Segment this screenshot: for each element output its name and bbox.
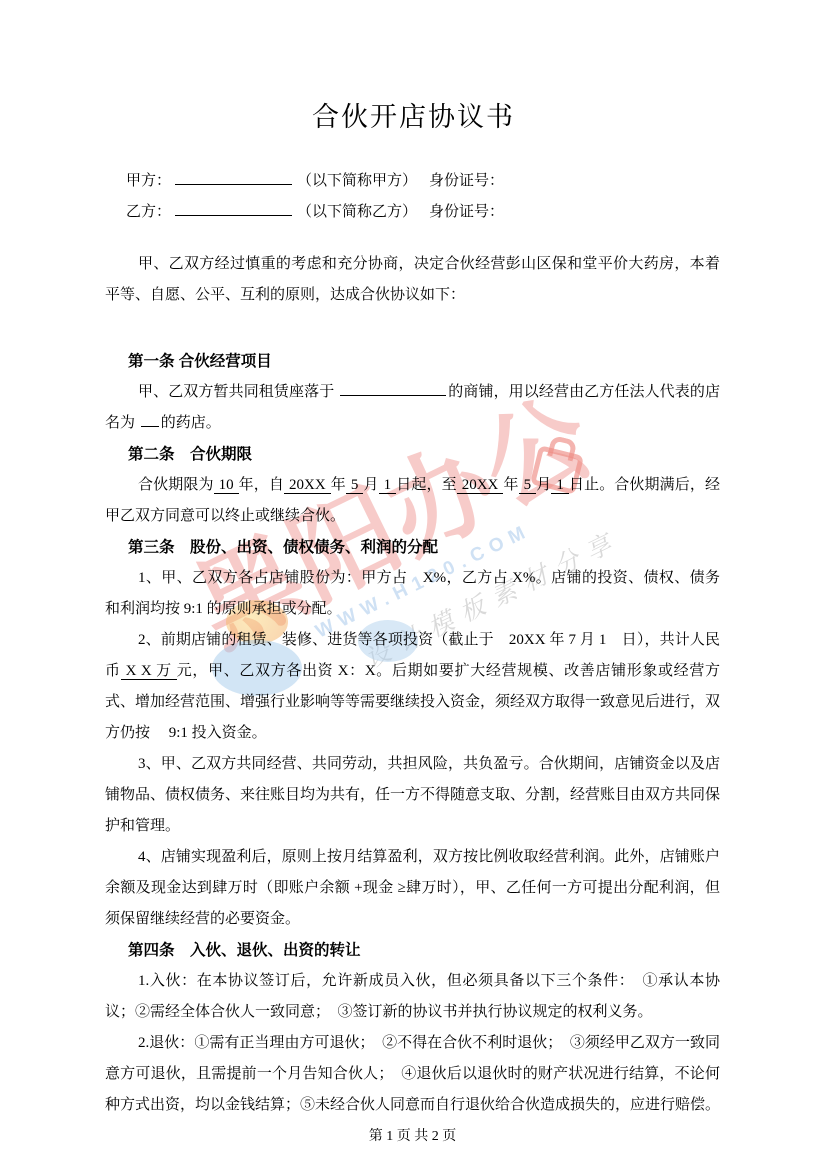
party-b-label: 乙方：: [126, 204, 171, 220]
text-run: 年，自: [239, 477, 284, 493]
party-a-label: 甲方：: [126, 173, 171, 189]
term-years-value: 10: [214, 477, 239, 494]
party-b-row: 乙方：（以下简称乙方）身份证号：: [126, 197, 827, 228]
shop-location-blank: [340, 380, 446, 396]
section-3-item-2: 2、前期店铺的租赁、装修、进货等各项投资（截止于 20XX 年 7 月 1 日）…: [105, 625, 720, 749]
page-number: 第 1 页 共 2 页: [105, 1121, 720, 1152]
end-month-value: 5: [519, 477, 537, 494]
section-3-item-1: 1、甲、乙双方各占店铺股份为：甲方占 X%，乙方占 X%。店铺的投资、债权、债务…: [105, 563, 720, 625]
party-a-name-blank: [175, 169, 292, 185]
section-3-heading: 第三条 股份、出资、债权债务、利润的分配: [105, 532, 720, 563]
text-run: 合伙期限为: [138, 477, 214, 493]
end-day-value: 1: [551, 477, 569, 494]
party-a-row: 甲方：（以下简称甲方）身份证号：: [126, 166, 827, 197]
document-title: 合伙开店协议书: [0, 95, 827, 134]
text-run: 的药店。: [161, 415, 221, 431]
section-2-body: 合伙期限为10年，自20XX年5月1日起，至20XX年5月1日止。合伙期满后，经…: [105, 470, 720, 532]
text-run: 月: [536, 477, 551, 493]
start-year-value: 20XX: [284, 477, 331, 494]
section-4-item-2: 2.退伙：①需有正当理由方可退伙； ②不得在合伙不利时退伙； ③须经甲乙双方一致…: [105, 1028, 720, 1121]
section-2-heading: 第二条 合伙期限: [105, 439, 720, 470]
party-b-id-label: 身份证号：: [429, 204, 504, 220]
start-month-value: 5: [346, 477, 364, 494]
text-run: 年: [331, 477, 346, 493]
section-4-heading: 第四条 入伙、退伙、出资的转让: [105, 935, 720, 966]
section-1-body: 甲、乙双方暂共同租赁座落于 的商铺，用以经营由乙方任法人代表的店名为 的药店。: [105, 377, 720, 439]
preamble-paragraph: 甲、乙双方经过慎重的考虑和充分协商，决定合伙经营彭山区保和堂平价大药房，本着平等…: [105, 249, 720, 311]
party-b-alias: （以下简称乙方）: [297, 204, 417, 220]
section-4-item-1: 1.入伙：在本协议签订后，允许新成员入伙，但必须具备以下三个条件： ①承认本协议…: [105, 966, 720, 1028]
section-1-heading: 第一条 合伙经营项目: [105, 346, 720, 377]
text-run: 月: [363, 477, 378, 493]
document-content: 合伙开店协议书 甲方：（以下简称甲方）身份证号： 乙方：（以下简称乙方）身份证号…: [0, 0, 827, 1169]
start-day-value: 1: [379, 477, 397, 494]
party-b-name-blank: [175, 200, 292, 216]
party-a-id-label: 身份证号：: [429, 173, 504, 189]
text-run: 元，甲、乙双方各出资 X：X。后期如要扩大经营规模、改善店铺形象或经营方式、增加…: [105, 663, 720, 741]
section-3-item-4: 4、店铺实现盈利后，原则上按月结算盈利，双方按比例收取经营利润。此外，店铺账户余…: [105, 842, 720, 935]
end-year-value: 20XX: [457, 477, 504, 494]
section-3-item-3: 3、甲、乙双方共同经营、共同劳动，共担风险，共负盈亏。合伙期间，店铺资金以及店铺…: [105, 749, 720, 842]
text-run: 日起，至: [396, 477, 457, 493]
text-run: 甲、乙双方暂共同租赁座落于: [138, 384, 334, 400]
store-name-blank: [141, 411, 159, 427]
party-a-alias: （以下简称甲方）: [297, 173, 417, 189]
document-page: 黑阳办公 WWW.H120.COM 设计模板素材分享 合伙开店协议书 甲方：（以…: [0, 0, 827, 1169]
text-run: 年: [503, 477, 518, 493]
investment-amount-value: X X 万: [121, 663, 177, 680]
